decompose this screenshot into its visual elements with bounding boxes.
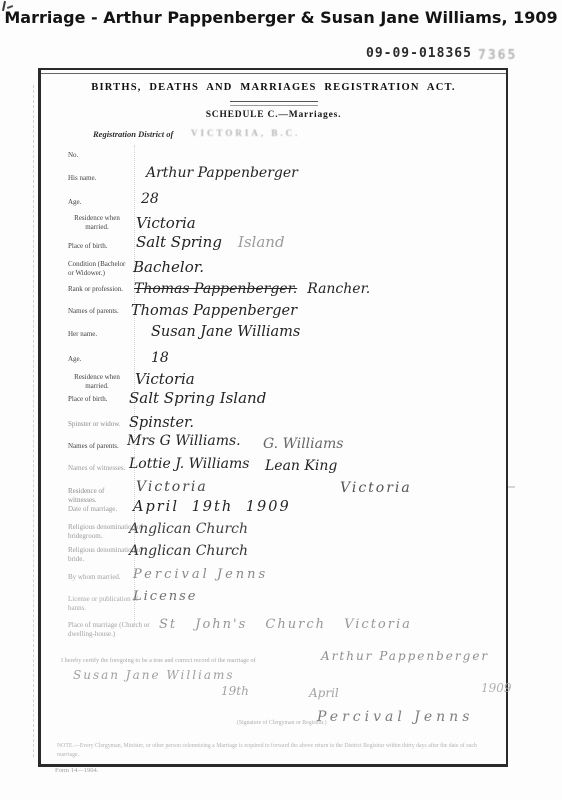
certification-officiant-signature: Percival Jenns	[317, 710, 473, 724]
field-label-witness-residence: Residence of witnesses.	[68, 487, 132, 505]
act-title: BIRTHS, DEATHS AND MARRIAGES REGISTRATIO…	[41, 82, 506, 93]
field-label-spinster: Spinster or widow.	[68, 420, 132, 429]
value-his-residence: Victoria	[136, 216, 196, 231]
value-her-parents: Mrs G Williams.	[127, 434, 241, 448]
field-label-her-name: Her name.	[68, 330, 132, 339]
certification-groom-signature: Arthur Pappenberger	[321, 650, 489, 662]
value-denomination-bride: Anglican Church	[129, 544, 248, 558]
value-witness-1: Lottie J. Williams	[129, 457, 249, 471]
field-label-his-parents: Names of parents.	[68, 307, 132, 316]
field-label-her-residence: Residence when married.	[68, 373, 126, 391]
value-marriage-date: April 19th 1909	[133, 500, 291, 515]
value-her-residence: Victoria	[135, 372, 195, 387]
field-label-birthplace: Place of birth.	[68, 242, 132, 251]
registration-form: BIRTHS, DEATHS AND MARRIAGES REGISTRATIO…	[38, 68, 508, 767]
value-his-birthplace-faded: Island	[238, 233, 285, 251]
field-label-profession: Rank or profession.	[68, 285, 132, 294]
field-label-by-whom: By whom married.	[68, 573, 132, 582]
field-label-her-parents: Names of parents.	[68, 442, 132, 451]
value-his-name: Arthur Pappenberger	[146, 166, 298, 180]
value-profession-main: Rancher.	[307, 281, 370, 297]
field-label-residence: Residence when married.	[68, 214, 126, 232]
form-number: Form 14—1904.	[55, 767, 98, 774]
stamp-number: 7365	[478, 48, 517, 63]
page-edge-artifact	[33, 85, 34, 757]
value-spinster: Spinster.	[129, 416, 194, 431]
certification-month: April	[309, 687, 339, 699]
field-label-witnesses: Names of witnesses.	[68, 464, 132, 473]
value-profession: Thomas Pappenberger.Rancher.	[134, 282, 370, 296]
form-note: NOTE.—Every Clergyman, Minister, or othe…	[57, 742, 487, 759]
page-title: Marriage - Arthur Pappenberger & Susan J…	[0, 8, 562, 27]
value-witness-residence-2: Victoria	[340, 481, 412, 495]
field-label-age: Age.	[68, 198, 132, 207]
registration-district-label: Registration District of	[93, 129, 173, 139]
field-label-her-birthplace: Place of birth.	[68, 395, 132, 404]
value-by-whom: Percival Jenns	[133, 568, 268, 581]
value-his-birthplace: Salt SpringIsland	[136, 235, 285, 250]
border-line	[41, 73, 506, 74]
value-his-age: 28	[141, 192, 159, 206]
certification-day: 19th	[221, 685, 249, 697]
value-her-age: 18	[151, 351, 169, 365]
value-witness-2: Lean King	[265, 459, 337, 473]
field-label-condition: Condition (Bachelor or Widower.)	[68, 260, 130, 278]
schedule-title: SCHEDULE C.—Marriages.	[41, 110, 506, 120]
signature-caption: (Signature of Clergyman or Registrar.)	[237, 719, 327, 728]
field-label-marriage-place: Place of marriage (Church or dwelling-ho…	[68, 621, 152, 639]
field-label-her-age: Age.	[68, 355, 132, 364]
field-label-no: No.	[68, 151, 132, 160]
value-her-name: Susan Jane Williams	[151, 325, 300, 340]
value-profession-struck: Thomas Pappenberger.	[134, 281, 297, 297]
field-label-his-name: His name.	[68, 174, 132, 183]
title-divider	[230, 101, 318, 106]
value-condition: Bachelor.	[133, 260, 204, 275]
certification-bride-signature: Susan Jane Williams	[73, 669, 235, 681]
file-number: 09-09-018365	[366, 46, 472, 61]
registration-district-stamp: VICTORIA, B.C.	[191, 128, 300, 138]
value-his-birthplace-main: Salt Spring	[136, 233, 222, 251]
certification-statement: I hereby certify the foregoing to be a t…	[61, 656, 326, 665]
certification-year: 1909	[481, 682, 512, 694]
value-marriage-place: St John's Church Victoria	[159, 618, 412, 631]
value-her-birthplace: Salt Spring Island	[129, 391, 266, 406]
value-his-parents: Thomas Pappenberger	[131, 304, 297, 319]
scanned-marriage-record: Marriage - Arthur Pappenberger & Susan J…	[0, 0, 562, 800]
value-denomination-groom: Anglican Church	[129, 522, 248, 536]
value-witness-residence-1: Victoria	[136, 480, 208, 494]
value-license: License	[133, 590, 198, 603]
value-her-parents-2: G. Williams	[263, 437, 343, 451]
field-label-marriage-date: Date of marriage.	[68, 505, 132, 514]
